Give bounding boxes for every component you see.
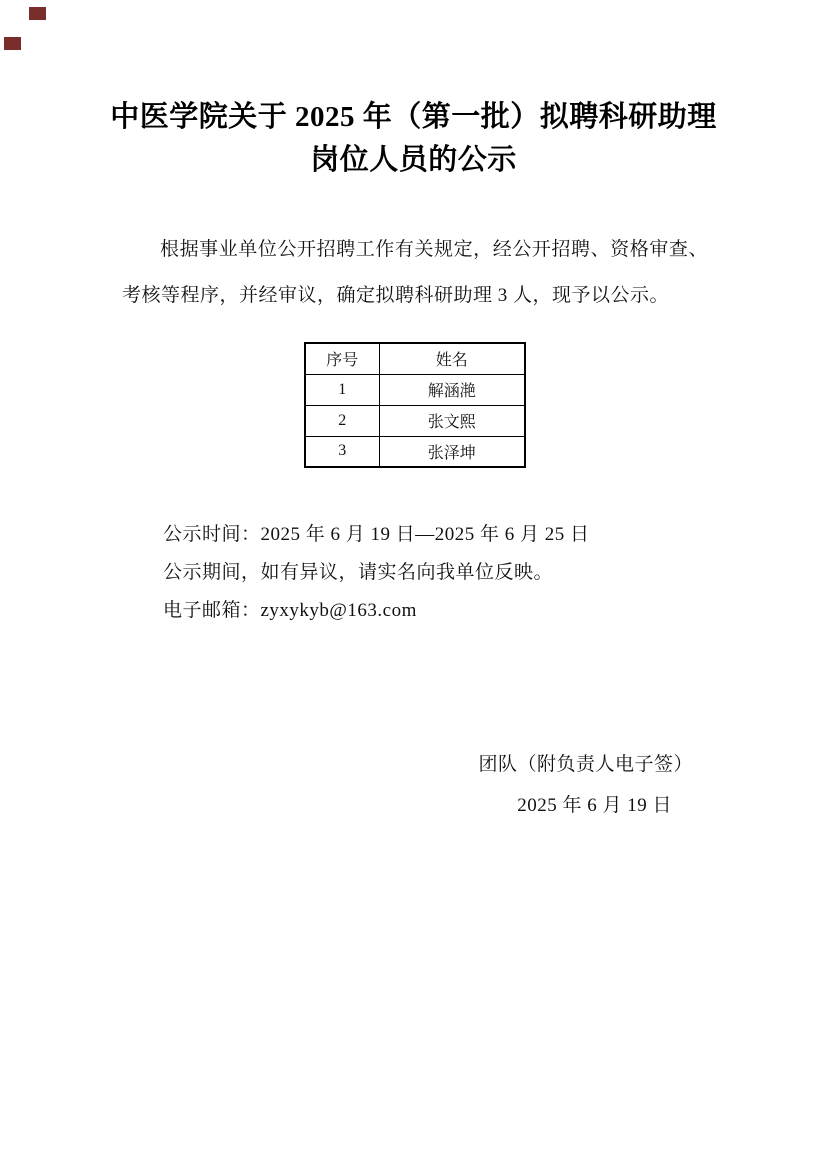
table-header-row: 序号 姓名: [305, 343, 525, 374]
document-page: 中医学院关于 2025 年（第一批）拟聘科研助理 岗位人员的公示 根据事业单位公…: [0, 0, 827, 1169]
table-row: 2 张文熙: [305, 405, 525, 436]
cell-name: 解涵滟: [379, 374, 525, 405]
corner-red-mark-1: [29, 7, 46, 20]
info-block: 公示时间：2025 年 6 月 19 日—2025 年 6 月 25 日 公示期…: [163, 516, 723, 630]
corner-red-mark-2: [4, 37, 21, 50]
header-index: 序号: [305, 343, 379, 374]
objection-note-line: 公示期间，如有异议，请实名向我单位反映。: [163, 554, 723, 592]
email-line: 电子邮箱：zyxykyb@163.com: [163, 592, 723, 630]
body-paragraph: 根据事业单位公开招聘工作有关规定，经公开招聘、资格审查、考核等程序，并经审议，确…: [122, 227, 708, 319]
cell-name: 张文熙: [379, 405, 525, 436]
table-row: 1 解涵滟: [305, 374, 525, 405]
publicity-period-line: 公示时间：2025 年 6 月 19 日—2025 年 6 月 25 日: [163, 516, 723, 554]
header-name: 姓名: [379, 343, 525, 374]
signer-name: 团队（附负责人电子签）: [0, 744, 705, 785]
document-title: 中医学院关于 2025 年（第一批）拟聘科研助理 岗位人员的公示: [0, 96, 827, 182]
title-line-2: 岗位人员的公示: [0, 139, 827, 182]
signature-block: 团队（附负责人电子签） 2025 年 6 月 19 日: [0, 744, 705, 826]
cell-index: 3: [305, 436, 379, 467]
signature-date: 2025 年 6 月 19 日: [0, 785, 705, 826]
cell-index: 1: [305, 374, 379, 405]
cell-name: 张泽坤: [379, 436, 525, 467]
table-row: 3 张泽坤: [305, 436, 525, 467]
candidate-table: 序号 姓名 1 解涵滟 2 张文熙 3 张泽坤: [304, 342, 526, 468]
cell-index: 2: [305, 405, 379, 436]
title-line-1: 中医学院关于 2025 年（第一批）拟聘科研助理: [0, 96, 827, 139]
